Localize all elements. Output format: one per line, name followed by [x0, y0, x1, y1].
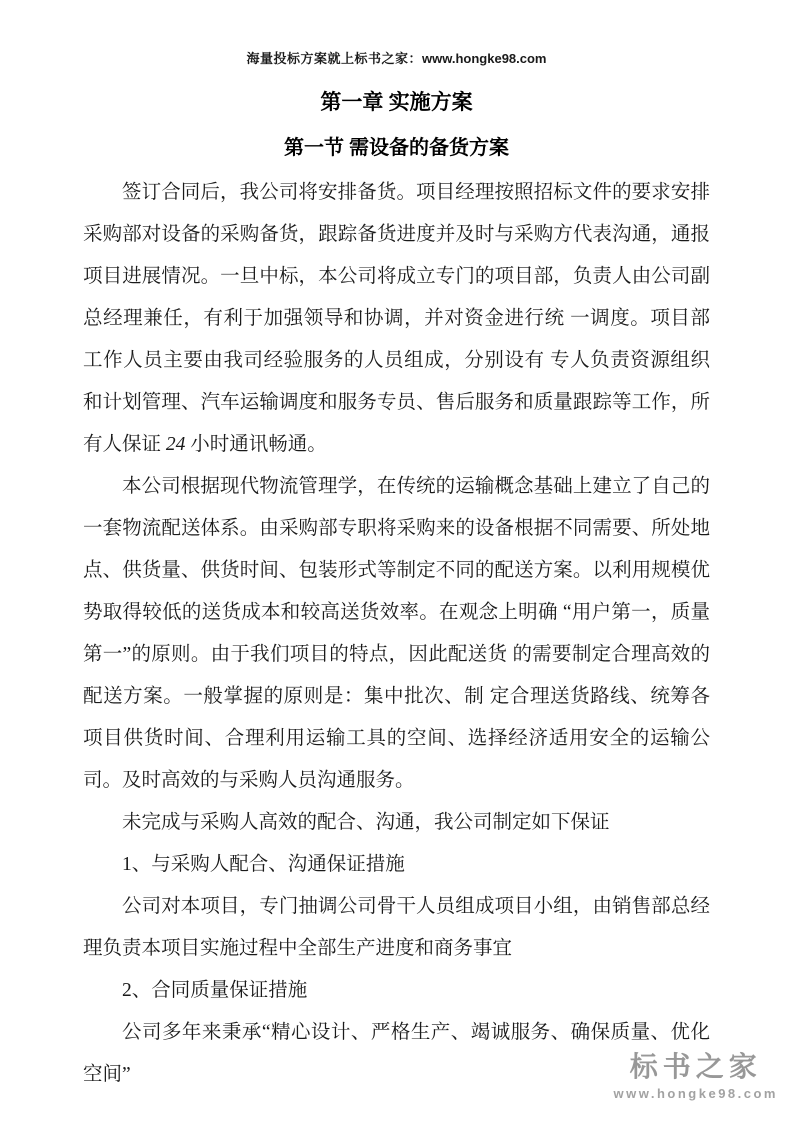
paragraph-4-list-item-1: 1、与采购人配合、沟通保证措施 — [83, 844, 710, 886]
paragraph-6-list-item-2: 2、合同质量保证措施 — [83, 970, 710, 1012]
watermark-site-url: www.hongke98.com — [614, 1086, 779, 1102]
watermark-brand-logo: 标书之家 — [614, 1050, 779, 1084]
document-page: 海量投标方案就上标书之家：www.hongke98.com 第一章 实施方案 第… — [0, 0, 793, 1122]
header-site-url: www.hongke98.com — [422, 51, 547, 66]
section-heading: 第一节 需设备的备货方案 — [83, 134, 710, 162]
paragraph-1: 签订合同后，我公司将安排备货。项目经理按照招标文件的要求安排采购部对设备的采购备… — [83, 172, 710, 466]
document-content: 第一章 实施方案 第一节 需设备的备货方案 签订合同后，我公司将安排备货。项目经… — [83, 88, 710, 1096]
chapter-heading: 第一章 实施方案 — [83, 88, 710, 116]
paragraph-3: 未完成与采购人高效的配合、沟通，我公司制定如下保证 — [83, 802, 710, 844]
page-header: 海量投标方案就上标书之家：www.hongke98.com — [0, 50, 793, 68]
paragraph-2: 本公司根据现代物流管理学，在传统的运输概念基础上建立了自己的一套物流配送体系。由… — [83, 466, 710, 802]
header-slogan: 海量投标方案就上标书之家： — [246, 51, 422, 66]
body-text: 签订合同后，我公司将安排备货。项目经理按照招标文件的要求安排采购部对设备的采购备… — [83, 172, 710, 1096]
paragraph-5: 公司对本项目，专门抽调公司骨干人员组成项目小组，由销售部总经理负责本项目实施过程… — [83, 886, 710, 970]
watermark: 标书之家 www.hongke98.com — [614, 1050, 779, 1102]
paragraph-1-number-24: 24 — [166, 434, 186, 455]
paragraph-1-text-before: 签订合同后，我公司将安排备货。项目经理按照招标文件的要求安排采购部对设备的采购备… — [83, 182, 710, 455]
paragraph-1-text-after: 小时通讯畅通。 — [185, 434, 326, 455]
